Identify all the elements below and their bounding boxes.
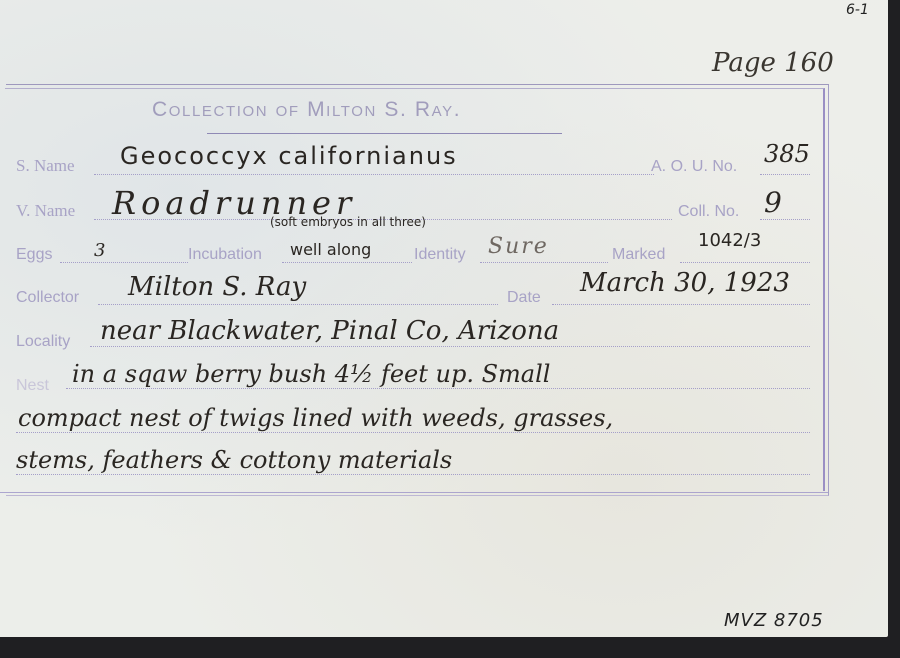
specimen-card: 6-1 Page 160 Collection of Milton S. Ray… (0, 0, 888, 637)
incubation-value: well along (290, 240, 371, 259)
v-name-label: V. Name (16, 201, 75, 221)
locality-line (90, 346, 810, 347)
nest-label: Nest (16, 377, 49, 395)
identity-value: Sure (488, 234, 549, 259)
marked-line (680, 262, 810, 263)
marked-value: 1042/3 (698, 230, 761, 251)
coll-no-value: 9 (764, 186, 782, 219)
eggs-value: 3 (94, 240, 105, 261)
s-name-label: S. Name (16, 156, 75, 176)
page-label: Page 160 (712, 48, 834, 78)
nest-line-1: in a sqaw berry bush 4½ feet up. Small (72, 360, 550, 388)
collector-line (98, 304, 498, 305)
heading-underline (207, 133, 562, 134)
eggs-label: Eggs (16, 246, 52, 264)
identity-line (480, 262, 608, 263)
marked-label: Marked (612, 246, 665, 264)
corner-code: 6-1 (846, 2, 869, 18)
collector-label: Collector (16, 289, 79, 307)
nest-line-3-rule (16, 474, 810, 475)
form-bottom-rule (0, 492, 828, 493)
date-line (552, 304, 810, 305)
incubation-label: Incubation (188, 246, 262, 264)
date-label: Date (507, 289, 541, 307)
form-heading: Collection of Milton S. Ray. (152, 98, 461, 122)
coll-no-line (760, 219, 810, 220)
s-name-value: Geococcyx californianus (120, 142, 458, 170)
nest-line-2: compact nest of twigs lined with weeds, … (18, 404, 613, 432)
collector-value: Milton S. Ray (128, 272, 306, 302)
aou-no-line (760, 174, 810, 175)
date-value: March 30, 1923 (580, 268, 790, 298)
v-name-note: (soft embryos in all three) (270, 215, 426, 229)
aou-no-value: 385 (764, 140, 810, 168)
aou-no-label: A. O. U. No. (651, 158, 737, 176)
locality-value: near Blackwater, Pinal Co, Arizona (100, 316, 559, 346)
eggs-line (60, 262, 188, 263)
incubation-line (282, 262, 412, 263)
nest-line-1-rule (66, 388, 810, 389)
identity-label: Identity (414, 246, 466, 264)
locality-label: Locality (16, 333, 70, 351)
coll-no-label: Coll. No. (678, 203, 739, 221)
s-name-line (94, 174, 654, 175)
catalog-number: MVZ 8705 (724, 610, 824, 631)
nest-line-2-rule (16, 432, 810, 433)
nest-line-3: stems, feathers & cottony materials (16, 446, 452, 474)
